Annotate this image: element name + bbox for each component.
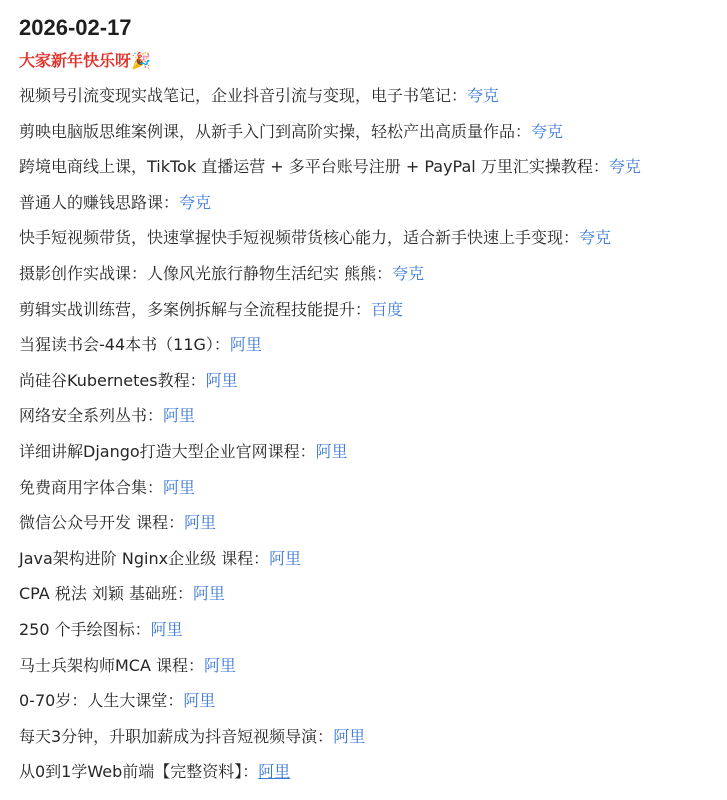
item-text: 尚硅谷Kubernetes教程： [19, 371, 206, 390]
item-text: 详细讲解Django打造大型企业官网课程： [19, 442, 316, 461]
resource-list: 视频号引流变现实战笔记，企业抖音引流与变现，电子书笔记：夸克 剪映电脑版思维案例… [19, 85, 727, 797]
download-link[interactable]: 夸克 [609, 157, 641, 176]
list-item: Java架构进阶 Nginx企业级 课程：阿里 [19, 548, 727, 584]
download-link[interactable]: 阿里 [183, 691, 215, 710]
download-link[interactable]: 阿里 [269, 549, 301, 568]
download-link[interactable]: 阿里 [204, 656, 236, 675]
item-text: 快手短视频带货，快速掌握快手短视频带货核心能力，适合新手快速上手变现： [19, 228, 579, 247]
list-item: 网络安全系列丛书：阿里 [19, 405, 727, 441]
download-link[interactable]: 阿里 [151, 620, 183, 639]
item-text: Java架构进阶 Nginx企业级 课程： [19, 549, 269, 568]
download-link[interactable]: 阿里 [163, 478, 195, 497]
item-text: 剪映电脑版思维案例课，从新手入门到高阶实操，轻松产出高质量作品： [19, 122, 531, 141]
download-link[interactable]: 阿里 [184, 513, 216, 532]
item-text: 剪辑实战训练营，多案例拆解与全流程技能提升： [19, 300, 371, 319]
download-link[interactable]: 夸克 [579, 228, 611, 247]
list-item: 剪映电脑版思维案例课，从新手入门到高阶实操，轻松产出高质量作品：夸克 [19, 121, 727, 157]
list-item: 马士兵架构师MCA 课程：阿里 [19, 655, 727, 691]
item-text: CPA 税法 刘颖 基础班： [19, 584, 193, 603]
item-text: 当猩读书会-44本书（11G）： [19, 335, 230, 354]
download-link[interactable]: 夸克 [392, 264, 424, 283]
download-link[interactable]: 百度 [371, 300, 403, 319]
download-link[interactable]: 阿里 [193, 584, 225, 603]
list-item: 摄影创作实战课：人像风光旅行静物生活纪实 熊熊：夸克 [19, 263, 727, 299]
download-link[interactable]: 阿里 [206, 371, 238, 390]
download-link[interactable]: 阿里 [333, 727, 365, 746]
item-text: 每天3分钟，升职加薪成为抖音短视频导演： [19, 727, 333, 746]
item-text: 普通人的赚钱思路课： [19, 193, 179, 212]
item-text: 250 个手绘图标： [19, 620, 151, 639]
post: 2026-02-17 大家新年快乐呀🎉 视频号引流变现实战笔记，企业抖音引流与变… [0, 0, 727, 797]
item-text: 摄影创作实战课：人像风光旅行静物生活纪实 熊熊： [19, 264, 392, 283]
download-link[interactable]: 阿里 [163, 406, 195, 425]
list-item: 微信公众号开发 课程：阿里 [19, 512, 727, 548]
item-text: 微信公众号开发 课程： [19, 513, 184, 532]
list-item: 当猩读书会-44本书（11G）：阿里 [19, 334, 727, 370]
list-item: CPA 税法 刘颖 基础班：阿里 [19, 583, 727, 619]
list-item: 详细讲解Django打造大型企业官网课程：阿里 [19, 441, 727, 477]
list-item: 0-70岁：人生大课堂：阿里 [19, 690, 727, 726]
download-link[interactable]: 阿里 [230, 335, 262, 354]
list-item: 尚硅谷Kubernetes教程：阿里 [19, 370, 727, 406]
item-text: 从0到1学Web前端【完整资料】： [19, 762, 258, 781]
list-item: 快手短视频带货，快速掌握快手短视频带货核心能力，适合新手快速上手变现：夸克 [19, 227, 727, 263]
item-text: 马士兵架构师MCA 课程： [19, 656, 204, 675]
item-text: 网络安全系列丛书： [19, 406, 163, 425]
download-link[interactable]: 夸克 [467, 86, 499, 105]
list-item: 剪辑实战训练营，多案例拆解与全流程技能提升：百度 [19, 299, 727, 335]
list-item: 每天3分钟，升职加薪成为抖音短视频导演：阿里 [19, 726, 727, 762]
greeting: 大家新年快乐呀🎉 [19, 50, 727, 72]
download-link[interactable]: 夸克 [179, 193, 211, 212]
download-link[interactable]: 夸克 [531, 122, 563, 141]
list-item: 免费商用字体合集：阿里 [19, 477, 727, 513]
item-text: 免费商用字体合集： [19, 478, 163, 497]
list-item: 视频号引流变现实战笔记，企业抖音引流与变现，电子书笔记：夸克 [19, 85, 727, 121]
list-item: 普通人的赚钱思路课：夸克 [19, 192, 727, 228]
download-link[interactable]: 阿里 [258, 762, 290, 781]
item-text: 跨境电商线上课，TikTok 直播运营 + 多平台账号注册 + PayPal 万… [19, 157, 609, 176]
item-text: 视频号引流变现实战笔记，企业抖音引流与变现，电子书笔记： [19, 86, 467, 105]
download-link[interactable]: 阿里 [316, 442, 348, 461]
post-date: 2026-02-17 [19, 14, 727, 42]
list-item: 从0到1学Web前端【完整资料】：阿里 [19, 761, 727, 797]
list-item: 跨境电商线上课，TikTok 直播运营 + 多平台账号注册 + PayPal 万… [19, 156, 727, 192]
list-item: 250 个手绘图标：阿里 [19, 619, 727, 655]
item-text: 0-70岁：人生大课堂： [19, 691, 183, 710]
